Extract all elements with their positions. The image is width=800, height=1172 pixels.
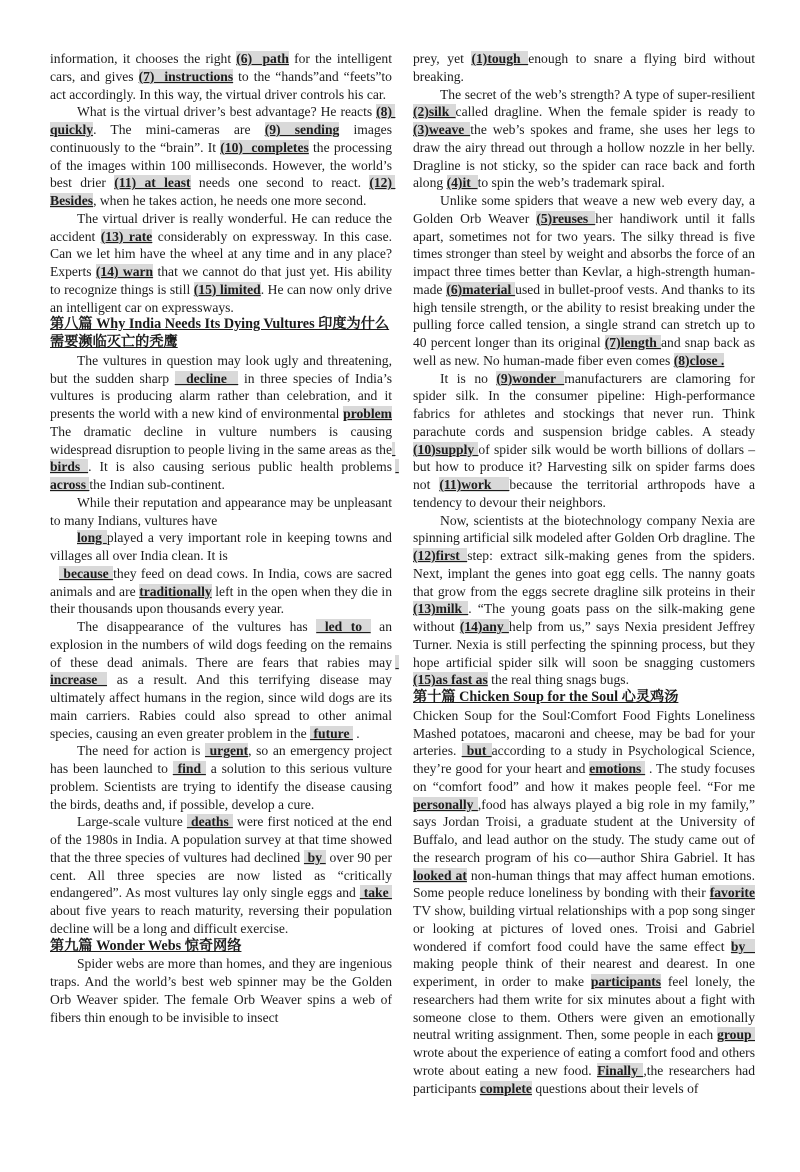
blank-answer: (13) rate — [101, 229, 153, 244]
blank-answer: future — [310, 726, 353, 741]
text-run: needs one second to react. — [191, 175, 370, 190]
blank-answer: group — [717, 1027, 755, 1042]
text-column-left: information, it chooses the right (6) pa… — [50, 50, 392, 1148]
blank-answer: (1)tough — [471, 51, 528, 66]
blank-answer: (4)it — [447, 175, 478, 190]
paragraph: Now, scientists at the biotechnology com… — [413, 512, 755, 690]
paragraph: information, it chooses the right (6) pa… — [50, 50, 392, 103]
blank-answer: (11) at least — [114, 175, 190, 190]
text-run: called dragline. When the female spider … — [456, 104, 755, 119]
blank-answer: looked at — [413, 868, 467, 883]
text-run: information, it chooses the right — [50, 51, 236, 66]
text-run: , when he takes action, he needs one mor… — [93, 193, 366, 208]
blank-answer: personally — [413, 797, 478, 812]
text-run: . — [353, 726, 360, 741]
paragraph: Chicken Soup for the Soul∶Comfort Food F… — [413, 707, 755, 1098]
text-run: The disappearance of the vultures has — [77, 619, 316, 634]
blank-answer: (15)as fast as — [413, 672, 488, 687]
blank-answer: take — [360, 885, 392, 900]
text-run: . The mini-cameras are — [93, 122, 265, 137]
text-run: prey, yet — [413, 51, 471, 66]
blank-answer: (9) sending — [265, 122, 340, 137]
text-run: The dramatic decline in vulture numbers … — [50, 424, 392, 457]
blank-answer: Finally — [597, 1063, 643, 1078]
text-run: to spin the web’s trademark spiral. — [478, 175, 665, 190]
text-run: While their reputation and appearance ma… — [50, 495, 392, 528]
blank-answer: because — [59, 566, 113, 581]
blank-answer: (15) limited — [194, 282, 261, 297]
blank-answer: complete — [480, 1081, 532, 1096]
paragraph: The vultures in question may look ugly a… — [50, 352, 392, 494]
text-run: 第九篇 Wonder Webs 惊奇网络 — [50, 938, 241, 954]
paragraph: prey, yet (1)tough enough to snare a fly… — [413, 50, 755, 86]
paragraph: While their reputation and appearance ma… — [50, 494, 392, 530]
paragraph: Spider webs are more than homes, and the… — [50, 955, 392, 1026]
text-run: about five years to reach maturity, reve… — [50, 903, 392, 936]
text-run: It is no — [440, 371, 496, 386]
blank-answer: (6) path — [236, 51, 289, 66]
blank-answer: (14)any — [460, 619, 509, 634]
paragraph: Large-scale vulture deaths were first no… — [50, 813, 392, 937]
blank-answer: (3)weave — [413, 122, 470, 137]
paragraph: It is no (9)wonder manufacturers are cla… — [413, 370, 755, 512]
section-heading: 第九篇 Wonder Webs 惊奇网络 — [50, 938, 392, 956]
blank-answer: find — [173, 761, 206, 776]
blank-answer: problem — [343, 406, 392, 421]
blank-answer: traditionally — [139, 584, 212, 599]
section-heading: 第八篇 Why India Needs Its Dying Vultures 印… — [50, 316, 392, 352]
blank-answer: (10)supply — [413, 442, 478, 457]
blank-answer: long — [77, 530, 107, 545]
text-run: What is the virtual driver’s best advant… — [77, 104, 376, 119]
blank-answer: favorite — [710, 885, 755, 900]
text-run: TV show, building virtual relationships … — [413, 903, 755, 954]
blank-answer: (13)milk — [413, 601, 468, 616]
blank-answer: by — [731, 939, 755, 954]
blank-answer: decline — [175, 371, 239, 386]
paragraph: Unlike some spiders that weave a new web… — [413, 192, 755, 370]
text-column-right: prey, yet (1)tough enough to snare a fly… — [413, 50, 755, 1148]
paragraph: long played a very important role in kee… — [50, 529, 392, 565]
blank-answer: urgent — [205, 743, 248, 758]
text-run: Large-scale vulture — [77, 814, 187, 829]
paragraph: The need for action is urgent, so an eme… — [50, 742, 392, 813]
text-run: The secret of the web’s strength? A type… — [440, 87, 755, 102]
blank-answer: (11)work — [439, 477, 509, 492]
blank-answer: emotions — [589, 761, 645, 776]
paragraph: The disappearance of the vultures has le… — [50, 618, 392, 742]
blank-answer: (8)close . — [674, 353, 725, 368]
text-run: the Indian sub-continent. — [89, 477, 225, 492]
text-run: questions about their levels of — [532, 1081, 699, 1096]
blank-answer: (5)reuses — [536, 211, 595, 226]
text-run: 第十篇 Chicken Soup for the Soul 心灵鸡汤 — [413, 689, 678, 705]
paragraph: What is the virtual driver’s best advant… — [50, 103, 392, 210]
blank-answer: (12)first — [413, 548, 467, 563]
blank-answer: (9)wonder — [496, 371, 564, 386]
blank-answer: participants — [591, 974, 661, 989]
blank-answer: (2)silk — [413, 104, 456, 119]
blank-answer: (7) instructions — [139, 69, 234, 84]
blank-answer: (10) completes — [220, 140, 309, 155]
paragraph: because they feed on dead cows. In India… — [50, 565, 392, 618]
text-run: . It is also causing serious public heal… — [88, 459, 395, 474]
blank-answer: (14) warn — [96, 264, 153, 279]
text-run: Now, scientists at the biotechnology com… — [413, 513, 755, 546]
blank-answer: deaths — [187, 814, 233, 829]
document-page: information, it chooses the right (6) pa… — [0, 0, 800, 1172]
text-run: Spider webs are more than homes, and the… — [50, 956, 392, 1024]
paragraph: The virtual driver is really wonderful. … — [50, 210, 392, 317]
paragraph: The secret of the web’s strength? A type… — [413, 86, 755, 193]
section-heading: 第十篇 Chicken Soup for the Soul 心灵鸡汤 — [413, 689, 755, 707]
blank-answer: led to — [316, 619, 370, 634]
blank-answer: (7)length — [605, 335, 661, 350]
blank-answer: (6)material — [446, 282, 515, 297]
blank-answer: but — [462, 743, 492, 758]
text-run: 第八篇 Why India Needs Its Dying Vultures 印… — [50, 316, 389, 350]
text-run: the real thing snags bugs. — [488, 672, 629, 687]
blank-answer: by — [304, 850, 326, 865]
text-run: The need for action is — [77, 743, 205, 758]
